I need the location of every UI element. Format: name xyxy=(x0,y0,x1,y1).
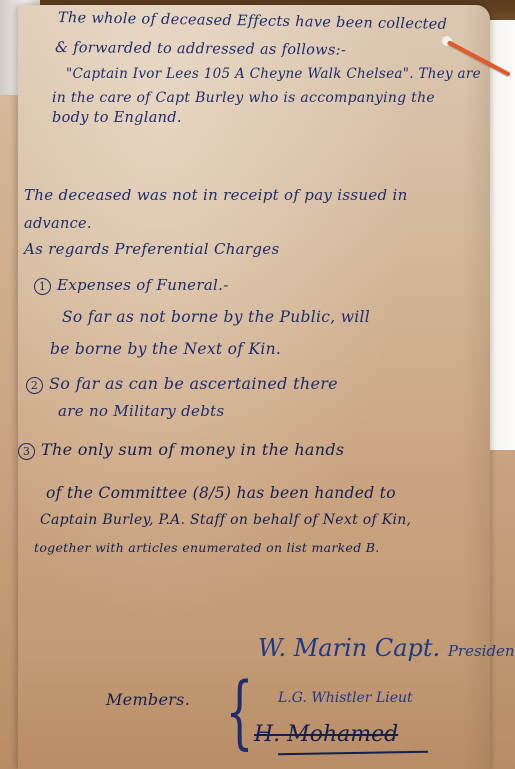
text-line: advance. xyxy=(24,216,92,232)
item-number: 2 xyxy=(26,377,43,394)
signature-rank: Lieut xyxy=(376,690,413,706)
text-line: 3The only sum of money in the hands xyxy=(18,440,344,460)
signature-name: W. Marin xyxy=(258,634,367,662)
text-line: in the care of Capt Burley who is accomp… xyxy=(52,90,435,106)
item-text: The only sum of money in the hands xyxy=(41,440,344,459)
text-line: of the Committee (8/5) has been handed t… xyxy=(46,484,396,502)
text-line: & forwarded to addressed as follows:- xyxy=(55,40,346,59)
text-line: Captain Burley, P.A. Staff on behalf of … xyxy=(40,512,411,528)
heading-preferential-charges: As regards Preferential Charges xyxy=(24,240,279,258)
text-line: So far as not borne by the Public, will xyxy=(62,308,370,326)
item-heading: Expenses of Funeral.- xyxy=(57,276,229,294)
signature-role: President xyxy=(448,642,515,660)
signature-name: L.G. Whistler xyxy=(278,690,371,706)
signature-member-2: L.G. Whistler Lieut xyxy=(278,690,413,706)
text-line: body to England. xyxy=(52,110,182,126)
signature-rank: Capt. xyxy=(375,634,440,662)
text-line: be borne by the Next of Kin. xyxy=(50,340,281,358)
members-label: Members. xyxy=(106,690,190,709)
text-line: 1Expenses of Funeral.- xyxy=(34,276,229,295)
brace-icon: { xyxy=(225,672,253,752)
text-line: The deceased was not in receipt of pay i… xyxy=(24,186,408,204)
text-line: are no Military debts xyxy=(58,402,224,420)
text-line: 2So far as can be ascertained there xyxy=(26,374,338,394)
item-number: 3 xyxy=(18,443,35,460)
item-text: So far as can be ascertained there xyxy=(49,374,338,393)
text-line: "Captain Ivor Lees 105 A Cheyne Walk Che… xyxy=(66,66,481,82)
text-line: together with articles enumerated on lis… xyxy=(34,540,380,555)
signature-member-3: H. Mohamed xyxy=(254,722,398,747)
signature-president: W. Marin Capt. President xyxy=(258,634,515,662)
item-number: 1 xyxy=(34,278,51,295)
